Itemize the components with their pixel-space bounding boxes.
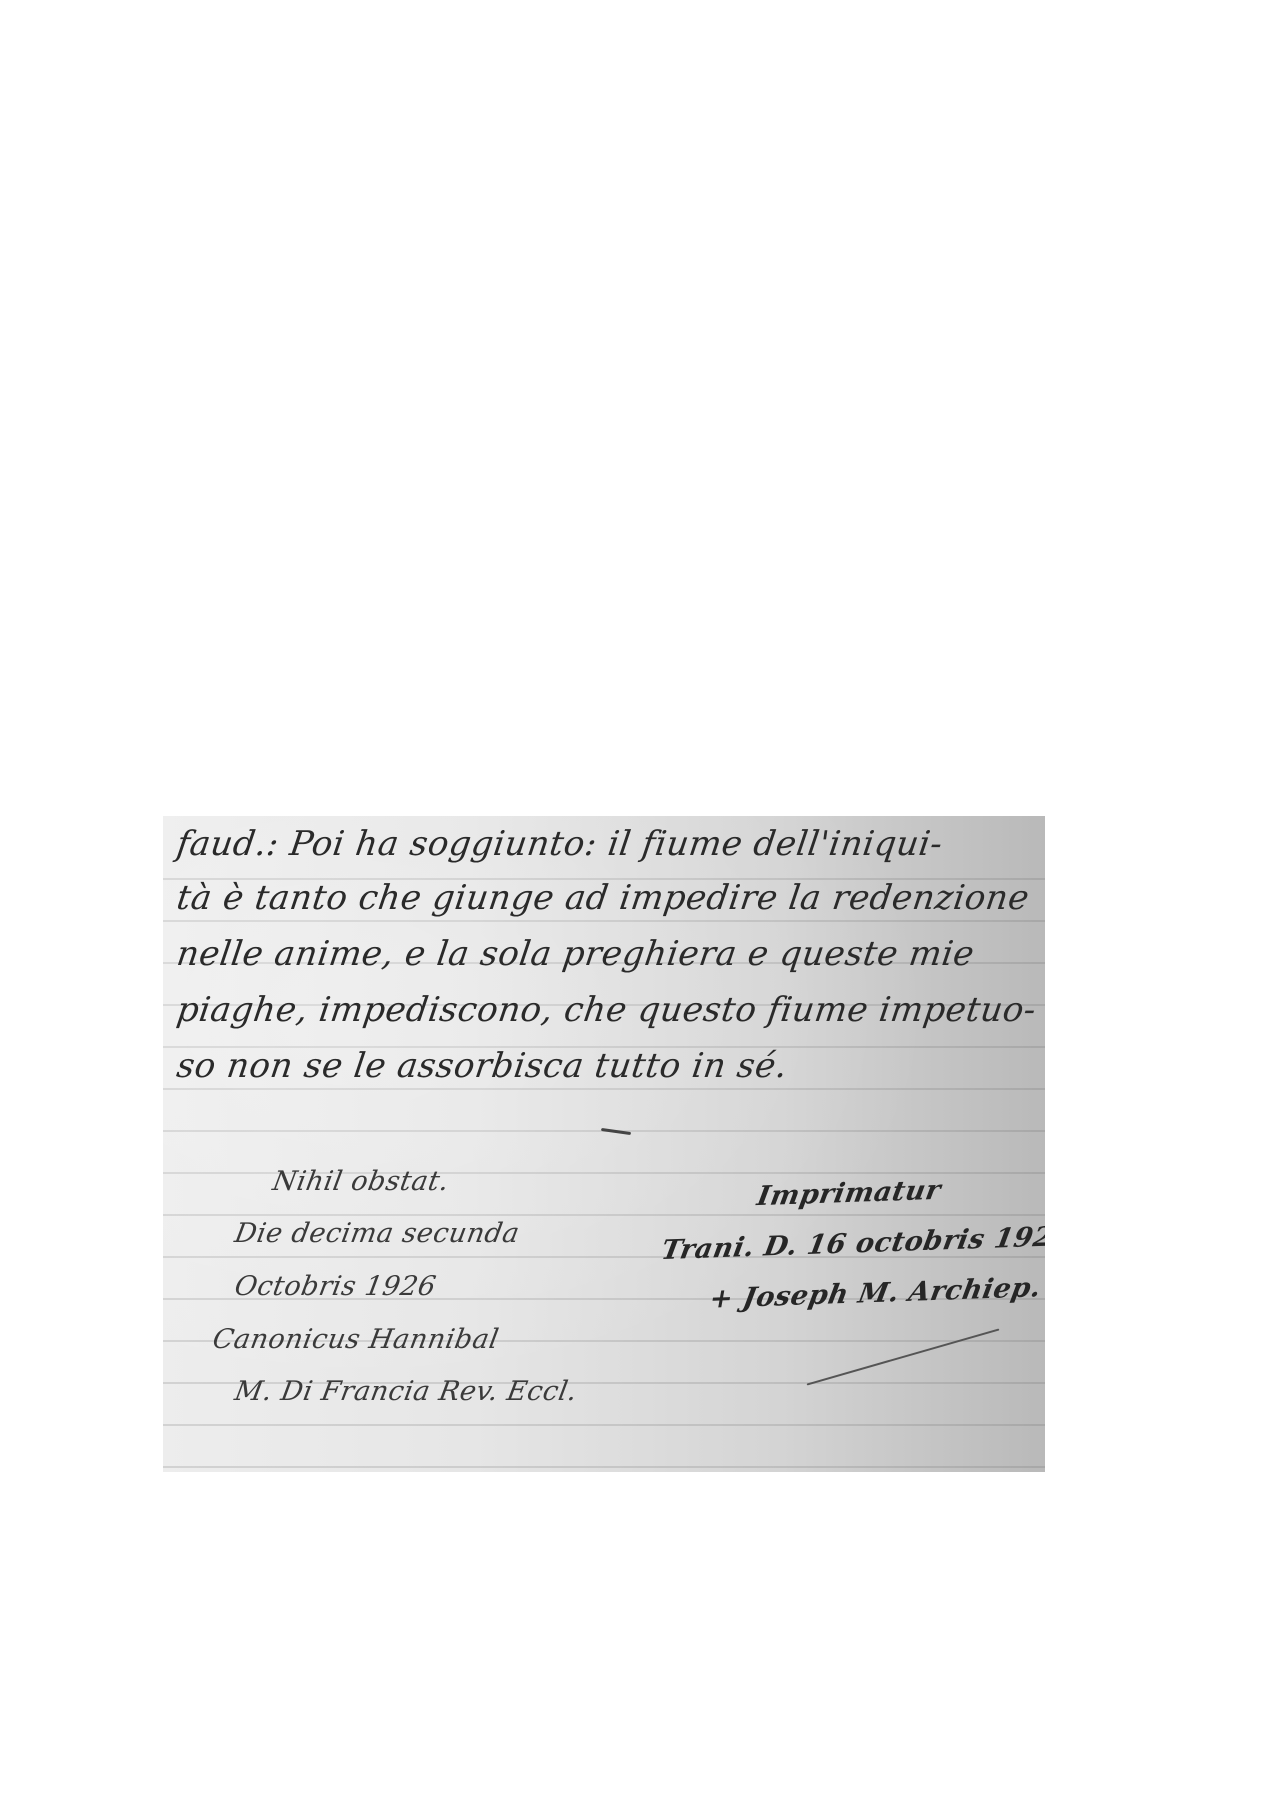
nihil-obstat-signatory: Canonicus Hannibal — [210, 1324, 501, 1355]
imprimatur-signature: + Joseph M. Archiep. — [707, 1272, 1043, 1314]
body-line-2: tà è tanto che giunge ad impedire la red… — [174, 878, 1032, 918]
nihil-obstat-signatory-title: M. Di Francia Rev. Eccl. — [232, 1376, 579, 1407]
nihil-obstat-heading: Nihil obstat. — [270, 1166, 451, 1197]
body-line-1: faud.: Poi ha soggiunto: il fiume dell'i… — [174, 824, 945, 864]
body-line-5: so non se le assorbisca tutto in sé. — [174, 1046, 790, 1086]
body-line-4: piaghe, impediscono, che questo fiume im… — [174, 990, 1039, 1030]
body-line-3: nelle anime, e la sola preghiera e quest… — [174, 934, 977, 974]
signature-flourish — [807, 1328, 1000, 1385]
nihil-obstat-date-line: Die decima secunda — [232, 1218, 522, 1249]
pen-mark — [601, 1128, 631, 1135]
scanned-manuscript: faud.: Poi ha soggiunto: il fiume dell'i… — [163, 816, 1045, 1472]
nihil-obstat-month-year: Octobris 1926 — [232, 1271, 438, 1302]
imprimatur-heading: Imprimatur — [755, 1175, 944, 1212]
imprimatur-place-date: Trani. D. 16 octobris 1926 — [659, 1221, 1045, 1266]
